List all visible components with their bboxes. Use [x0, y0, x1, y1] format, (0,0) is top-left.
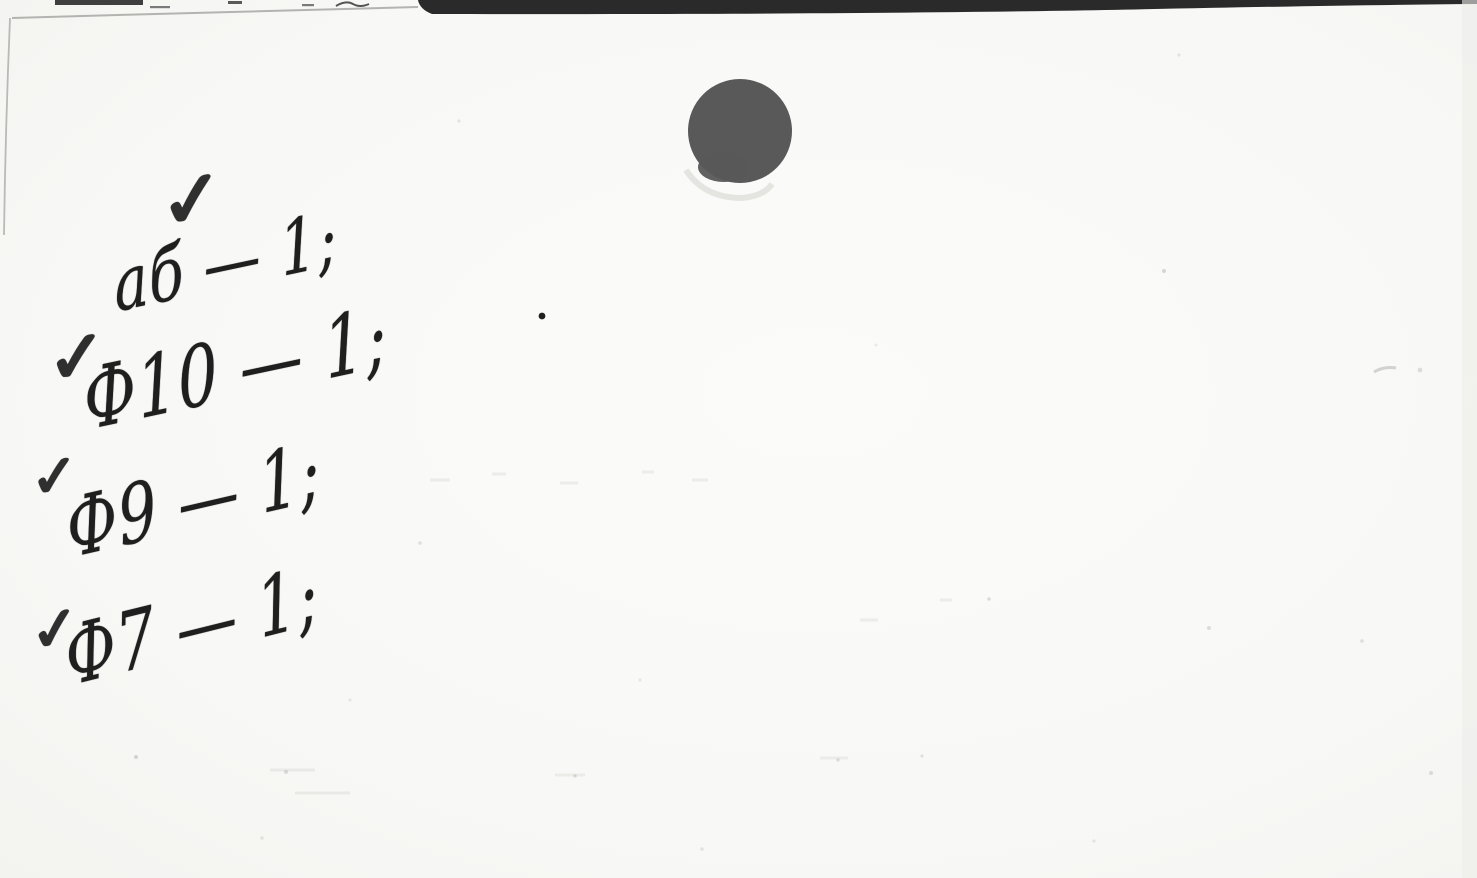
catalog-card: ✓ аб — 1; ✓ Ф10 — 1; ✓ Ф9 — 1; ✓ Ф7 — 1; — [0, 0, 1477, 878]
hole-fiber-halo — [686, 170, 772, 198]
hole-punch — [688, 79, 792, 183]
ghost-smudges — [270, 472, 952, 793]
top-edge-shadow-band — [418, 0, 1477, 14]
card-top-edge-line — [12, 7, 418, 18]
annotation-text-4: Ф7 — 1; — [60, 547, 324, 705]
smudge-right — [1374, 368, 1396, 373]
paper-speckles — [134, 53, 1433, 850]
top-edge-fragments — [55, 0, 369, 8]
ink-dot — [539, 313, 546, 320]
hole-punch-lower-lobe — [698, 152, 750, 182]
right-edge-shading — [1462, 0, 1477, 878]
scan-artifacts-layer — [0, 0, 1477, 878]
card-left-edge-line — [4, 18, 10, 235]
